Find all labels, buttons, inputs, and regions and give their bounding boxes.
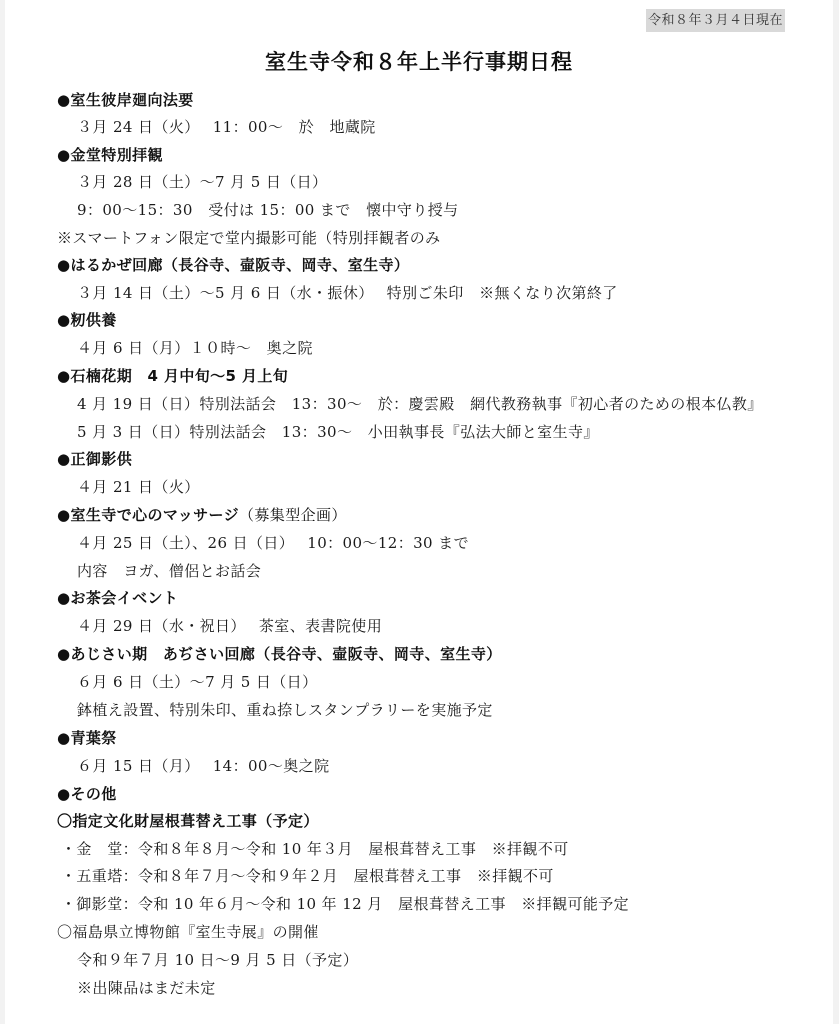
section-line: ４月 21 日（火） [77, 477, 200, 497]
museum-line: 令和９年７月 10 日～9 月 5 日（予定） [77, 950, 358, 970]
section-heading-ajisai: ●あじさい期 あぢさい回廊（長谷寺、壷阪寺、岡寺、室生寺） [57, 644, 502, 664]
roof-work-item: ・御影堂：令和 10 年６月～令和 10 年 12 月 屋根葺替え工事 ※拝観可… [61, 894, 629, 914]
museum-heading: 〇福島県立博物館『室生寺展』の開催 [57, 922, 319, 942]
section-line: ３月 28 日（土）～7 月 5 日（日） [77, 172, 327, 192]
section-heading-mieku: ●正御影供 [57, 449, 132, 469]
section-heading-other: ●その他 [57, 784, 117, 804]
section-heading-momi: ●籾供養 [57, 310, 117, 330]
section-line: ６月 15 日（月） 14：00～奥之院 [77, 756, 329, 776]
section-heading-harukaze: ●はるかぜ回廊（長谷寺、壷阪寺、岡寺、室生寺） [57, 255, 409, 275]
document-page: 令和８年３月４日現在 室生寺令和８年上半行事期日程 ●室生彼岸廻向法要 ３月 2… [5, 0, 833, 1024]
section-line: 9：00～15：30 受付は 15：00 まで 懐中守り授与 [77, 200, 459, 220]
museum-line: ※出陳品はまだ未定 [77, 978, 216, 998]
section-heading-tea: ●お茶会イベント [57, 588, 178, 608]
section-line: ４月 25 日（土）、26 日（日） 10：00～12：30 まで [77, 533, 469, 553]
roof-work-item: ・金 堂：令和８年８月～令和 10 年３月 屋根葺替え工事 ※拝観不可 [61, 839, 569, 859]
section-line: ４月 6 日（月）１０時～ 奥之院 [77, 338, 313, 358]
section-heading-massage: ●室生寺で心のマッサージ（募集型企画） [57, 505, 347, 525]
roof-work-item: ・五重塔：令和８年７月～令和９年２月 屋根葺替え工事 ※拝観不可 [61, 866, 554, 886]
section-heading-shakunage: ●石楠花期 4 月中旬～5 月上旬 [57, 366, 288, 386]
section-heading-suffix: （募集型企画） [239, 506, 347, 524]
section-line: ３月 14 日（土）～5 月 6 日（水・振休） 特別ご朱印 ※無くなり次第終了 [77, 283, 618, 303]
as-of-date: 令和８年３月４日現在 [646, 9, 785, 32]
section-note: ※スマートフォン限定で堂内撮影可能（特別拝観者のみ [57, 228, 441, 248]
section-heading-kondo: ●金堂特別拝観 [57, 145, 163, 165]
section-heading-text: ●室生寺で心のマッサージ [57, 506, 239, 524]
section-heading-aoba: ●青葉祭 [57, 728, 117, 748]
section-line: 内容 ヨガ、僧侶とお話会 [77, 561, 261, 581]
section-line: ４月 29 日（水・祝日） 茶室、表書院使用 [77, 616, 382, 636]
page-title: 室生寺令和８年上半行事期日程 [5, 46, 833, 76]
roof-work-heading: 〇指定文化財屋根葺替え工事（予定） [57, 811, 319, 831]
section-line: ６月 6 日（土）～7 月 5 日（日） [77, 672, 317, 692]
section-heading-higan: ●室生彼岸廻向法要 [57, 90, 194, 110]
section-line: ３月 24 日（火） 11：00～ 於 地蔵院 [77, 117, 376, 137]
section-line: 鉢植え設置、特別朱印、重ね捺しスタンプラリーを実施予定 [77, 700, 493, 720]
section-line: 4 月 19 日（日）特別法話会 13：30～ 於：慶雲殿 網代教務執事『初心者… [77, 394, 763, 414]
section-line: 5 月 3 日（日）特別法話会 13：30～ 小田執事長『弘法大師と室生寺』 [77, 422, 599, 442]
